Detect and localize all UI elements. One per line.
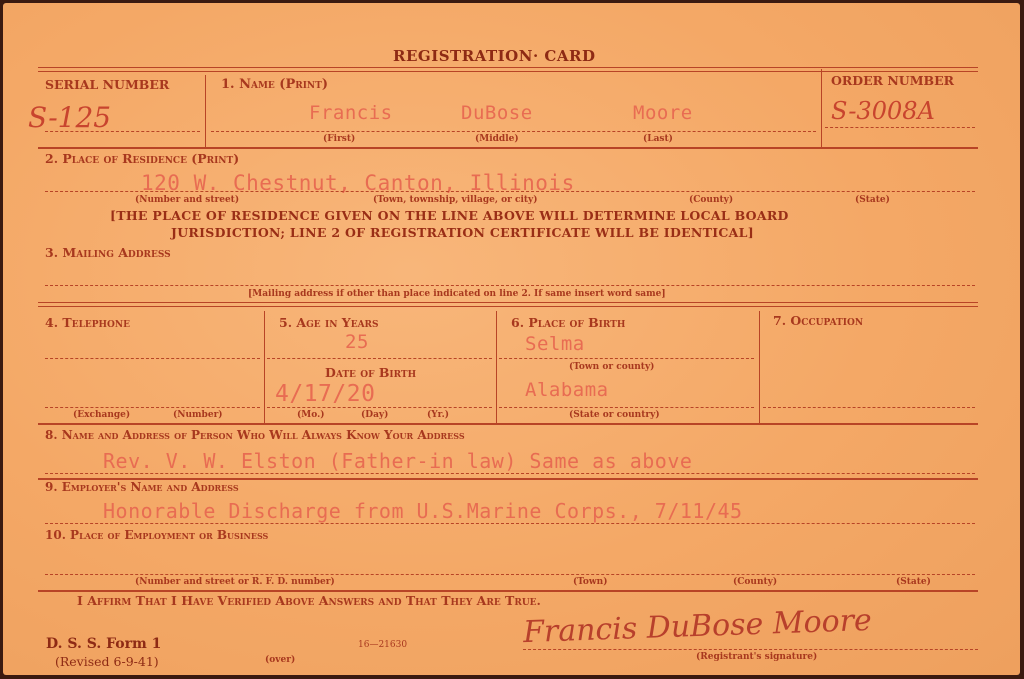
town-or-county-caption: (Town or county) [569,362,654,372]
last-caption: (Last) [643,134,673,144]
birth-town-value[interactable]: Selma [525,333,585,355]
divider [205,75,206,147]
mailing-caption: [Mailing address if other than place ind… [248,289,666,299]
over-note: (over) [265,655,295,665]
employer-value[interactable]: Honorable Discharge from U.S.Marine Corp… [103,499,743,523]
name-last-value[interactable]: Moore [633,102,693,124]
number-caption: (Number) [173,410,223,420]
form-revised: (Revised 6-9-41) [55,654,159,669]
date-of-birth-label: Date of Birth [325,365,416,380]
telephone-line[interactable] [45,358,260,359]
age-line [267,358,492,359]
name-first-value[interactable]: Francis [309,102,393,124]
contact-line [45,473,975,474]
occupation-input[interactable] [763,407,975,408]
employer-line [45,523,975,524]
serial-line [45,131,200,132]
occupation-label: 7. Occupation [773,313,863,328]
county-caption: (County) [689,195,733,205]
birth-state-line [499,407,754,408]
name-label: 1. Name (Print) [221,77,328,92]
form-name: D. S. S. Form 1 [46,636,161,652]
month-caption: (Mo.) [297,410,324,420]
telephone-label: 4. Telephone [45,315,130,330]
age-value[interactable]: 25 [345,331,369,353]
year-caption: (Yr.) [427,410,449,420]
telephone-line-2[interactable] [45,407,260,408]
affirmation-text: I Affirm That I Have Verified Above Answ… [77,593,541,608]
card-title: REGISTRATION· CARD [393,47,595,65]
state-or-country-caption: (State or country) [569,410,660,420]
order-number-value[interactable]: S-3008A [831,97,935,125]
name-middle-value[interactable]: DuBose [461,102,533,124]
place-of-birth-label: 6. Place of Birth [511,315,625,330]
contact-person-value[interactable]: Rev. V. W. Elston (Father-in law) Same a… [103,449,692,473]
divider [759,311,760,423]
row-rule [38,147,978,149]
jurisdiction-notice-2: JURISDICTION; LINE 2 OF REGISTRATION CER… [171,225,754,240]
row-rule [38,590,978,592]
signature-line [523,649,978,650]
signature-caption: (Registrant's signature) [696,652,817,662]
dob-line [267,407,492,408]
serial-number-value[interactable]: S-125 [28,101,111,134]
order-number-label: ORDER NUMBER [831,73,954,88]
middle-caption: (Middle) [475,134,519,144]
mailing-address-input[interactable] [45,285,975,286]
divider [821,69,822,147]
age-label: 5. Age in Years [279,315,379,330]
day-caption: (Day) [361,410,388,420]
divider [496,311,497,423]
divider [264,311,265,423]
state-caption: (State) [855,195,890,205]
first-caption: (First) [323,134,355,144]
exchange-caption: (Exchange) [73,410,130,420]
row-rule [38,302,978,307]
employment-place-label: 10. Place of Employment or Business [45,528,268,542]
birth-state-value[interactable]: Alabama [525,379,609,401]
date-of-birth-value[interactable]: 4/17/20 [275,381,375,407]
employer-label: 9. Employer's Name and Address [45,480,239,494]
serial-number-label: SERIAL NUMBER [45,77,169,92]
top-rule [38,67,978,72]
row-rule [38,423,978,425]
birth-town-line [499,358,754,359]
form-code: 16—21630 [358,640,407,650]
order-line [825,127,975,128]
town-caption: (Town, township, village, or city) [373,195,538,205]
employment-place-input[interactable] [45,574,975,575]
mailing-address-label: 3. Mailing Address [45,245,171,260]
residence-label: 2. Place of Residence (Print) [45,151,239,166]
residence-line [45,191,975,192]
registrant-signature[interactable]: Francis DuBose Moore [522,603,872,650]
registration-card: REGISTRATION· CARD SERIAL NUMBER S-125 1… [3,3,1020,675]
contact-person-label: 8. Name and Address of Person Who Will A… [45,428,465,442]
street-caption: (Number and street) [135,195,239,205]
emp-street-caption: (Number and street or R. F. D. number) [135,577,335,587]
emp-county-caption: (County) [733,577,777,587]
emp-state-caption: (State) [896,577,931,587]
emp-town-caption: (Town) [573,577,607,587]
jurisdiction-notice-1: [THE PLACE OF RESIDENCE GIVEN ON THE LIN… [110,208,789,223]
name-line [211,131,816,132]
